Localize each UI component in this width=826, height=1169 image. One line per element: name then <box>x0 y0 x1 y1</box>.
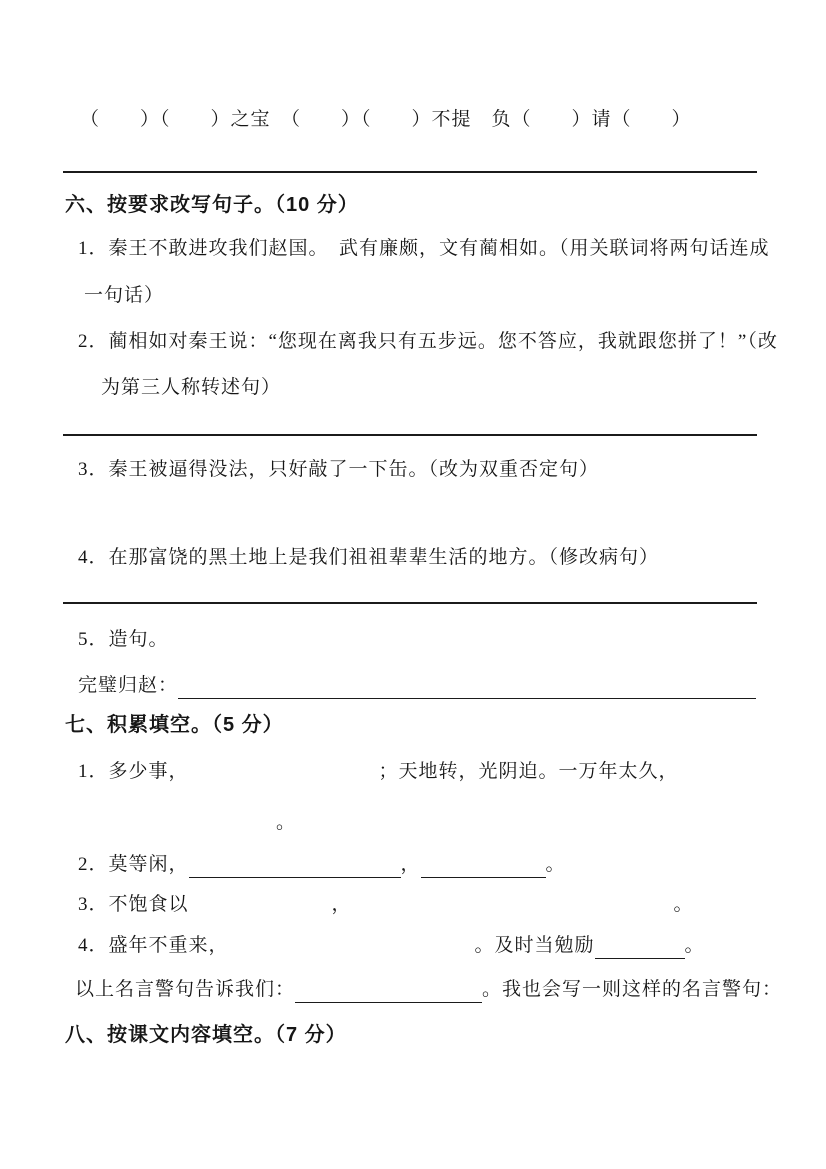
answer-blank-space <box>229 940 475 959</box>
section-7-heading: 七、积累填空。（5 分） <box>65 712 284 738</box>
idiom-answer-underline <box>178 678 756 699</box>
question-7-4-mid: 。及时当勉励 <box>475 935 595 956</box>
answer-line-rule-2 <box>63 434 757 436</box>
question-6-4: 4．在那富饶的黑土地上是我们祖祖辈辈生活的地方。（修改病句） <box>78 545 659 571</box>
question-6-5: 5．造句。 <box>78 627 169 653</box>
question-7-3-mid: ， <box>332 894 352 915</box>
question-6-1-line-2: 一句话） <box>84 283 164 309</box>
question-6-2-line-2: 为第三人称转述句） <box>101 375 281 401</box>
section-8-heading: 八、按课文内容填空。（7 分） <box>65 1022 347 1048</box>
question-7-2-pre: 2．莫等闲， <box>78 854 189 875</box>
question-7-2: 2．莫等闲，，。 <box>78 852 566 878</box>
question-7-2-end: 。 <box>546 854 566 875</box>
idiom-sentence-row: 完璧归赵： <box>78 673 756 699</box>
question-7-3-pre: 3．不饱食以 <box>78 894 189 915</box>
fill-blank-word-row: （ ）（ ）之宝 （ ）（ ）不提 负（ ）请（ ） <box>80 107 692 133</box>
question-7-1-post: ；天地转，光阴迫。一万年太久， <box>379 761 679 782</box>
question-7-4-pre: 4．盛年不重来， <box>78 935 229 956</box>
question-7-3: 3．不饱食以，。 <box>78 892 694 918</box>
question-6-2-line-1: 2．蔺相如对秦王说：“您现在离我只有五步远。您不答应，我就跟您拼了！”（改 <box>78 329 778 355</box>
answer-underline <box>295 982 482 1003</box>
idiom-label: 完璧归赵： <box>78 675 178 696</box>
question-6-1-line-1: 1．秦王不敢进攻我们赵国。 武有廉颇，文有蔺相如。（用关联词将两句话连成 <box>78 236 770 262</box>
question-7-2-mid: ， <box>401 854 421 875</box>
answer-line-rule-3 <box>63 602 757 604</box>
answer-underline <box>189 857 401 878</box>
question-7-1-line-1: 1．多少事，；天地转，光阴迫。一万年太久， <box>78 759 679 785</box>
section-6-heading: 六、按要求改写句子。（10 分） <box>65 192 359 218</box>
question-6-3: 3．秦王被逼得没法，只好敲了一下缶。（改为双重否定句） <box>78 457 599 483</box>
answer-blank-space <box>189 766 379 785</box>
question-7-1-pre: 1．多少事， <box>78 761 189 782</box>
question-7-4: 4．盛年不重来，。及时当勉励。 <box>78 933 705 959</box>
summary-pre: 以上名言警句告诉我们： <box>75 979 295 1000</box>
exam-worksheet-page: （ ）（ ）之宝 （ ）（ ）不提 负（ ）请（ ） 六、按要求改写句子。（10… <box>0 0 826 1169</box>
answer-blank-space <box>189 899 332 918</box>
answer-blank-space <box>352 899 674 918</box>
answer-line-rule-1 <box>63 171 757 173</box>
question-7-1-line-2: 。 <box>276 810 296 836</box>
question-7-3-end: 。 <box>674 894 694 915</box>
section-7-summary-row: 以上名言警句告诉我们：。我也会写一则这样的名言警句： <box>75 977 782 1003</box>
answer-underline <box>421 857 546 878</box>
answer-underline <box>595 938 685 959</box>
question-7-4-end: 。 <box>685 935 705 956</box>
summary-post: 。我也会写一则这样的名言警句： <box>482 979 782 1000</box>
